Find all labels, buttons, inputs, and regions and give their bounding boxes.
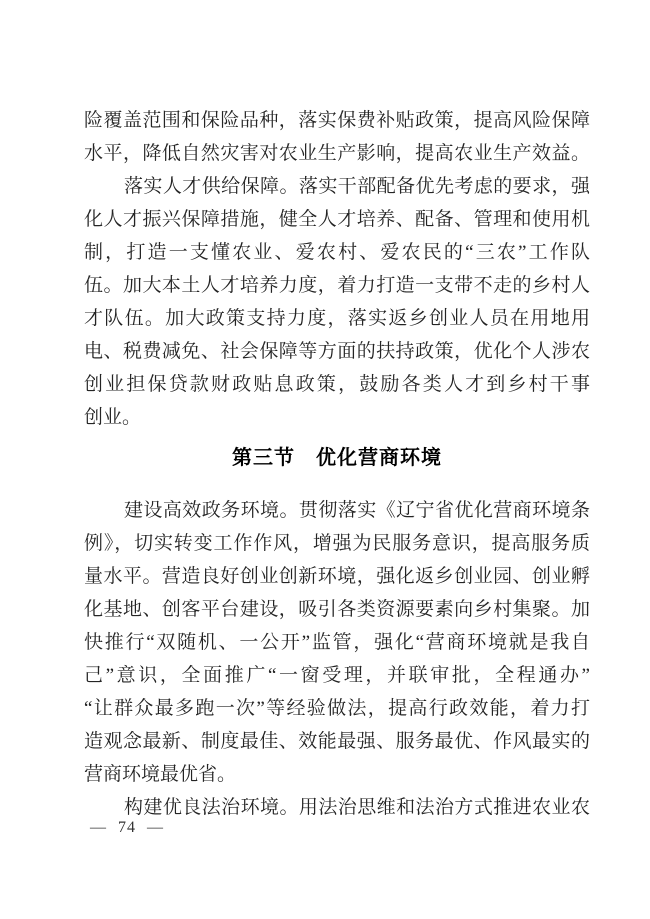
text-line: 落实人才供给保障。落实干部配备优先考虑的要求，强 bbox=[84, 170, 590, 203]
paragraph-insurance-continuation: 险覆盖范围和保险品种，落实保费补贴政策，提高风险保障水平，降低自然灾害对农业生产… bbox=[84, 104, 590, 170]
text-line: 险覆盖范围和保险品种，落实保费补贴政策，提高风险保障 bbox=[84, 104, 590, 137]
text-line: 化人才振兴保障措施，健全人才培养、配备、管理和使用机 bbox=[84, 203, 590, 236]
section-heading: 第三节 优化营商环境 bbox=[84, 443, 590, 473]
text-line: 创业担保贷款财政贴息政策，鼓励各类人才到乡村干事 bbox=[84, 368, 590, 401]
paragraph-business-environment: 建设高效政务环境。贯彻落实《辽宁省优化营商环境条例》，切实转变工作作风，增强为民… bbox=[84, 494, 590, 791]
text-line: 伍。加大本土人才培养力度，着力打造一支带不走的乡村人 bbox=[84, 269, 590, 302]
text-line: 造观念最新、制度最佳、效能最强、服务最优、作风最实的 bbox=[84, 725, 590, 758]
text-line: 创业。 bbox=[84, 401, 590, 434]
text-line: 营商环境最优省。 bbox=[84, 758, 590, 791]
text-block: 险覆盖范围和保险品种，落实保费补贴政策，提高风险保障水平，降低自然灾害对农业生产… bbox=[84, 104, 590, 824]
text-line: 制，打造一支懂农业、爱农村、爱农民的“三农”工作队 bbox=[84, 236, 590, 269]
page-number: — 74 — bbox=[90, 818, 164, 838]
text-line: 例》，切实转变工作作风，增强为民服务意识，提高服务质 bbox=[84, 527, 590, 560]
document-page: 险覆盖范围和保险品种，落实保费补贴政策，提高风险保障水平，降低自然灾害对农业生产… bbox=[0, 0, 650, 919]
paragraph-talent-supply: 落实人才供给保障。落实干部配备优先考虑的要求，强化人才振兴保障措施，健全人才培养… bbox=[84, 170, 590, 434]
text-line: 建设高效政务环境。贯彻落实《辽宁省优化营商环境条 bbox=[84, 494, 590, 527]
text-line: “让群众最多跑一次”等经验做法，提高行政效能，着力打 bbox=[84, 692, 590, 725]
text-line: 快推行“双随机、一公开”监管，强化“营商环境就是我自 bbox=[84, 626, 590, 659]
text-line: 电、税费减免、社会保障等方面的扶持政策，优化个人涉农 bbox=[84, 335, 590, 368]
text-line: 量水平。营造良好创业创新环境，强化返乡创业园、创业孵 bbox=[84, 560, 590, 593]
text-line: 化基地、创客平台建设，吸引各类资源要素向乡村集聚。加 bbox=[84, 593, 590, 626]
text-line: 己”意识，全面推广“一窗受理，并联审批，全程通办” bbox=[84, 659, 590, 692]
text-line: 水平，降低自然灾害对农业生产影响，提高农业生产效益。 bbox=[84, 137, 590, 170]
text-line: 才队伍。加大政策支持力度，落实返乡创业人员在用地用 bbox=[84, 302, 590, 335]
